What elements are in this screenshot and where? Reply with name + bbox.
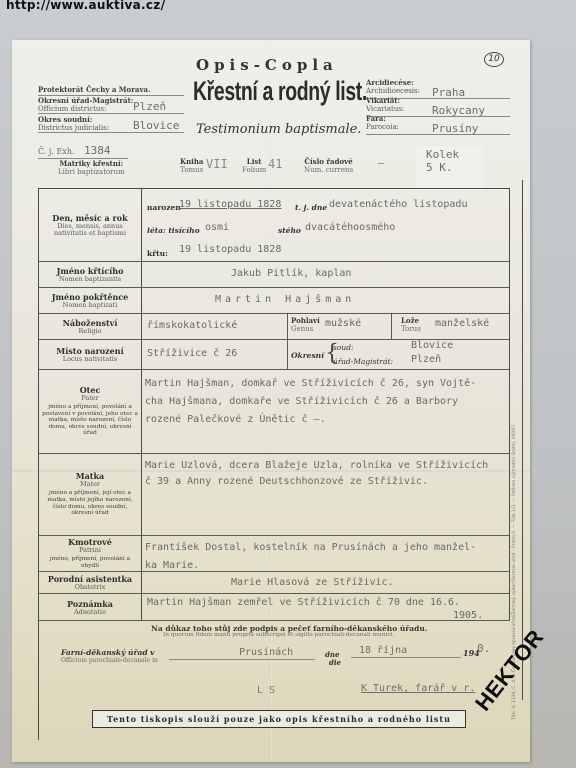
registers-label: Matriky křestní: Libri baptizatorum xyxy=(58,160,125,176)
document-title: Křestní a rodný list. xyxy=(193,76,367,107)
book-value: VII xyxy=(206,157,228,171)
godparents-line-1: František Dostal, kostelník na Prusínách… xyxy=(145,542,476,553)
born-value: 19 listopadu 1828 xyxy=(179,199,281,210)
table-row-godparents: Kmotrové Patrini jméno, příjmení, povolá… xyxy=(39,535,509,571)
value-cell: Martin Hajšman xyxy=(143,288,509,313)
year-value: osmi xyxy=(205,222,229,233)
office-value: Prusínách xyxy=(239,647,293,658)
value-cell: římskokatolické Pohlaví Genus mužské Lož… xyxy=(143,314,509,339)
religion-value: římskokatolické xyxy=(147,320,237,331)
book-label: Kniha Tomus xyxy=(180,158,203,174)
exh-value: 1384 xyxy=(84,144,111,157)
mother-line-1: Marie Uzlová, dcera Blažeje Uzla, rolník… xyxy=(145,460,488,471)
divider xyxy=(351,657,461,658)
revenue-stamp-box: Kolek 5 K. xyxy=(416,146,484,190)
watermark-url: http://www.auktiva.cz/ xyxy=(6,0,165,12)
label-cell: Otec Pater jméno a příjmení, povolání a … xyxy=(39,370,142,453)
table-row-mother: Matka Mater jméno a příjmení, její otec … xyxy=(39,453,509,535)
opis-copla-heading: Opis-Copla xyxy=(196,56,338,74)
court-label: soud: xyxy=(333,343,354,352)
hundred-label: stého xyxy=(278,226,301,235)
office-label: Farní-děkanský úřad v Officium parochial… xyxy=(61,649,158,665)
num-value: – xyxy=(378,158,384,169)
divider xyxy=(287,314,288,339)
note-line-1: Martin Hajšman zemřel ve Stříživicích č … xyxy=(147,597,460,608)
protectorate-label: Protektorát Čechy a Morava. xyxy=(38,86,151,94)
proof-latin: In quorum fidem manu propria subscripsi … xyxy=(163,632,394,638)
baptism-form-table: Den, měsíc a rok Dies, mensis, annus nat… xyxy=(38,188,510,620)
label-cell: Poznámka Adnotatio xyxy=(39,594,142,621)
birthplace-value: Stříživice č 26 xyxy=(147,348,237,359)
td-value: devatenáctého listopadu xyxy=(329,199,467,210)
district-office-label: Okresní úřad-Magistrát:Officium district… xyxy=(38,97,133,113)
table-row-midwife: Porodní asistentka Obstetrix Marie Hlaso… xyxy=(39,571,509,593)
value-cell: Marie Uzlová, dcera Blažeje Uzla, rolník… xyxy=(143,454,509,535)
baptizer-value: Jakub Pitlík, kaplan xyxy=(231,268,351,279)
td-label: t. j. dne xyxy=(295,203,327,212)
label-cell: Jméno pokřtěnce Nomen baptizati xyxy=(39,288,142,313)
torus-value: manželské xyxy=(435,318,489,329)
divider xyxy=(38,132,184,133)
disclaimer-banner: Tento tiskopis slouží pouze jako opis kř… xyxy=(92,710,466,728)
value-cell: Stříživice č 26 Okresní { soud: Blovice … xyxy=(143,340,509,369)
divider xyxy=(287,340,288,369)
sex-value: mužské xyxy=(325,318,361,329)
divider xyxy=(391,314,392,339)
value-cell: Marie Hlasová ze Stříživic. xyxy=(143,572,509,593)
year-label: léta: tisícího xyxy=(147,226,200,235)
side-border xyxy=(522,180,523,700)
kolek-text: Kolek 5 K. xyxy=(426,148,459,174)
stamp-number: 10 xyxy=(484,52,504,67)
folio-label: List Folium xyxy=(242,158,266,174)
office-value: Plzeň xyxy=(411,354,441,365)
hundred-value: dvacátéhoosmého xyxy=(305,222,395,233)
value-cell: narozen 19 listopadu 1828 t. j. dne deva… xyxy=(143,189,509,261)
year-suffix: 0. xyxy=(477,642,490,655)
father-line-2: cha Hajšmana, domkaře ve Stříživicích č … xyxy=(145,396,458,407)
torus-label: Lože Torus xyxy=(401,317,421,333)
divider xyxy=(38,113,184,114)
label-cell: Matka Mater jméno a příjmení, její otec … xyxy=(39,454,142,535)
baptized-value: Martin Hajšman xyxy=(215,294,355,305)
document-subtitle: Testimonium baptismale. xyxy=(196,122,361,137)
exh-label: Č. j. Exh. xyxy=(38,147,75,156)
sex-label: Pohlaví Genus xyxy=(291,317,320,333)
baptism-label: křtu: xyxy=(147,249,168,258)
num-label: Číslo řadové Num. currens xyxy=(304,158,353,174)
court-district-label: Okres soudní:Districtus judicialis: xyxy=(38,116,109,132)
seal-ls: L S xyxy=(257,685,275,696)
table-row-baptized: Jméno pokřtěnce Nomen baptizati Martin H… xyxy=(39,287,509,313)
label-cell: Porodní asistentka Obstetrix xyxy=(39,572,142,593)
vicariate-label: Vikariát:Vicariatus: xyxy=(366,97,404,113)
district-office-value: Plzeň xyxy=(133,100,166,113)
table-row-baptizer: Jméno křtícího Nomen baptizantis Jakub P… xyxy=(39,261,509,287)
day-value: 18 října xyxy=(359,645,407,656)
value-cell: Martin Hajšman zemřel ve Stříživicích č … xyxy=(143,594,509,621)
label-cell: Den, měsíc a rok Dies, mensis, annus nat… xyxy=(39,189,142,261)
divider xyxy=(366,134,510,135)
parish-label: Fara:Parocoia: xyxy=(366,115,399,131)
value-cell: František Dostal, kostelník na Prusínách… xyxy=(143,536,509,571)
table-row-father: Otec Pater jméno a příjmení, povolání a … xyxy=(39,369,509,453)
folio-value: 41 xyxy=(268,157,282,171)
value-cell: Jakub Pitlík, kaplan xyxy=(143,262,509,287)
court-value: Blovice xyxy=(411,340,453,351)
table-row-religion: Náboženství Religio římskokatolické Pohl… xyxy=(39,313,509,339)
father-line-3: rozené Palečkové z Únětic č –. xyxy=(145,414,326,425)
mother-line-2: č 39 a Anny rozené Deutschhonzové ze Stř… xyxy=(145,476,428,487)
signature: K Turek, farář v r. xyxy=(361,683,475,694)
court-district-value: Blovice xyxy=(133,119,179,132)
office-label: úřad-Magistrát: xyxy=(333,357,393,366)
value-cell: Martin Hajšman, domkař ve Stříživicích č… xyxy=(143,370,509,453)
label-cell: Místo narození Locus nativitatis xyxy=(39,340,142,369)
day-label: dne die xyxy=(325,651,341,667)
table-row-note: Poznámka Adnotatio Martin Hajšman zemřel… xyxy=(39,593,509,621)
midwife-value: Marie Hlasová ze Stříživic. xyxy=(231,577,394,588)
godparents-line-2: ka Marie. xyxy=(145,560,199,571)
label-cell: Jméno křtícího Nomen baptizantis xyxy=(39,262,142,287)
born-label: narozen xyxy=(147,203,181,212)
father-line-1: Martin Hajšman, domkař ve Stříživicích č… xyxy=(145,378,476,389)
baptism-value: 19 listopadu 1828 xyxy=(179,244,281,255)
label-cell: Kmotrové Patrini jméno, příjmení, povolá… xyxy=(39,536,142,571)
archdiocese-label: Arcidiecése:Archidioecesis: xyxy=(366,79,420,95)
table-row-birthplace: Místo narození Locus nativitatis Stříživ… xyxy=(39,339,509,369)
label-cell: Náboženství Religio xyxy=(39,314,142,339)
divider xyxy=(169,659,315,660)
okresni-label: Okresní xyxy=(291,351,324,360)
table-row-date: Den, měsíc a rok Dies, mensis, annus nat… xyxy=(39,189,509,261)
